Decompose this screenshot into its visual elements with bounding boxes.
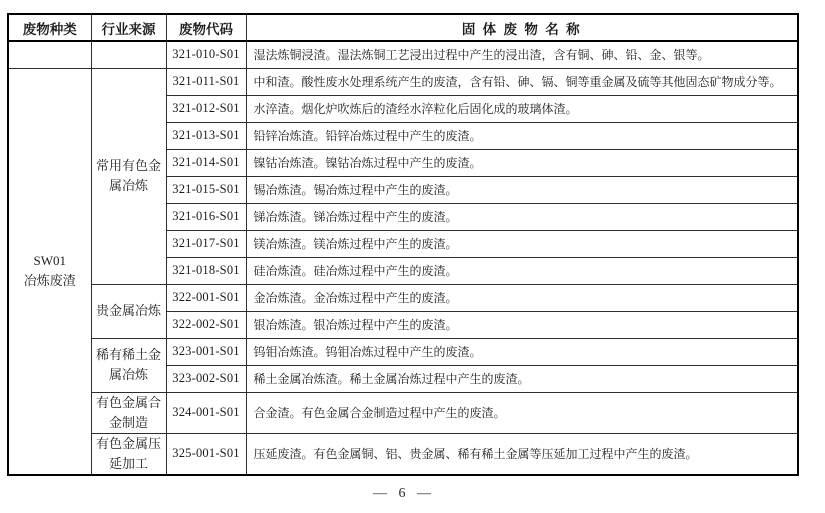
table-row: 贵金属冶炼 322-001-S01 金冶炼渣。金冶炼过程中产生的废渣。: [8, 284, 798, 311]
waste-name-cell: 金冶炼渣。金冶炼过程中产生的废渣。: [246, 284, 798, 311]
waste-name-cell: 铅锌冶炼渣。铅锌冶炼过程中产生的废渣。: [246, 122, 798, 149]
empty-category-cell: [8, 41, 91, 68]
waste-name-cell: 硅冶炼渣。硅冶炼过程中产生的废渣。: [246, 257, 798, 284]
header-row: 废物种类 行业来源 废物代码 固 体 废 物 名 称: [8, 14, 798, 41]
col-header-solid-waste-name: 固 体 废 物 名 称: [246, 14, 798, 41]
col-header-industry-source: 行业来源: [91, 14, 166, 41]
waste-code-cell: 321-018-S01: [166, 257, 246, 284]
waste-name-cell: 镁冶炼渣。镁冶炼过程中产生的废渣。: [246, 230, 798, 257]
waste-code-cell: 325-001-S01: [166, 433, 246, 475]
waste-code-cell: 321-017-S01: [166, 230, 246, 257]
waste-name-cell: 锑冶炼渣。锑冶炼过程中产生的废渣。: [246, 203, 798, 230]
document-page: 废物种类 行业来源 废物代码 固 体 废 物 名 称 321-010-S01 湿…: [0, 0, 825, 513]
waste-category-code: SW01: [9, 251, 91, 271]
waste-name-cell: 镍钴冶炼渣。镍钴冶炼过程中产生的废渣。: [246, 149, 798, 176]
waste-code-cell: 322-002-S01: [166, 311, 246, 338]
waste-name-cell: 银冶炼渣。银冶炼过程中产生的废渣。: [246, 311, 798, 338]
waste-name-cell: 锡冶炼渣。锡冶炼过程中产生的废渣。: [246, 176, 798, 203]
col-header-waste-code: 废物代码: [166, 14, 246, 41]
waste-category-label: 冶炼废渣: [9, 271, 91, 291]
industry-source-cell: 有色金属压 延加工: [91, 433, 166, 475]
waste-name-cell: 压延废渣。有色金属铜、铝、贵金属、稀有稀土金属等压延加工过程中产生的废渣。: [246, 433, 798, 475]
waste-code-cell: 323-002-S01: [166, 365, 246, 392]
waste-code-cell: 321-014-S01: [166, 149, 246, 176]
waste-name-cell: 水淬渣。烟化炉吹炼后的渣经水淬粒化后固化成的玻璃体渣。: [246, 95, 798, 122]
table-row: 有色金属合 金制造 324-001-S01 合金渣。有色金属合金制造过程中产生的…: [8, 392, 798, 433]
waste-code-cell: 321-015-S01: [166, 176, 246, 203]
waste-category-cell: SW01冶炼废渣: [8, 68, 91, 475]
waste-code-cell: 321-010-S01: [166, 41, 246, 68]
table-row-carryover: 321-010-S01 湿法炼铜浸渣。湿法炼铜工艺浸出过程中产生的浸出渣，含有铜…: [8, 41, 798, 68]
waste-code-cell: 321-011-S01: [166, 68, 246, 95]
waste-name-cell: 钨钼冶炼渣。钨钼冶炼过程中产生的废渣。: [246, 338, 798, 365]
waste-name-cell: 稀土金属冶炼渣。稀土金属冶炼过程中产生的废渣。: [246, 365, 798, 392]
industry-source-cell: 稀有稀土金 属冶炼: [91, 338, 166, 392]
waste-code-cell: 324-001-S01: [166, 392, 246, 433]
waste-code-cell: 321-013-S01: [166, 122, 246, 149]
waste-code-cell: 323-001-S01: [166, 338, 246, 365]
table-row: 稀有稀土金 属冶炼 323-001-S01 钨钼冶炼渣。钨钼冶炼过程中产生的废渣…: [8, 338, 798, 365]
waste-name-cell: 湿法炼铜浸渣。湿法炼铜工艺浸出过程中产生的浸出渣，含有铜、砷、铅、金、银等。: [246, 41, 798, 68]
waste-code-cell: 321-012-S01: [166, 95, 246, 122]
solid-waste-table: 废物种类 行业来源 废物代码 固 体 废 物 名 称 321-010-S01 湿…: [7, 13, 799, 476]
page-number: — 6 —: [0, 486, 805, 502]
industry-source-cell: 贵金属冶炼: [91, 284, 166, 338]
table-row: 有色金属压 延加工 325-001-S01 压延废渣。有色金属铜、铝、贵金属、稀…: [8, 433, 798, 475]
industry-source-cell: 有色金属合 金制造: [91, 392, 166, 433]
waste-code-cell: 321-016-S01: [166, 203, 246, 230]
empty-industry-cell: [91, 41, 166, 68]
table-row: SW01冶炼废渣 常用有色金 属冶炼 321-011-S01 中和渣。酸性废水处…: [8, 68, 798, 95]
industry-source-cell: 常用有色金 属冶炼: [91, 68, 166, 284]
waste-code-cell: 322-001-S01: [166, 284, 246, 311]
waste-name-cell: 中和渣。酸性废水处理系统产生的废渣，含有铅、砷、镉、铜等重金属及硫等其他固态矿物…: [246, 68, 798, 95]
waste-name-cell: 合金渣。有色金属合金制造过程中产生的废渣。: [246, 392, 798, 433]
col-header-waste-category: 废物种类: [8, 14, 91, 41]
